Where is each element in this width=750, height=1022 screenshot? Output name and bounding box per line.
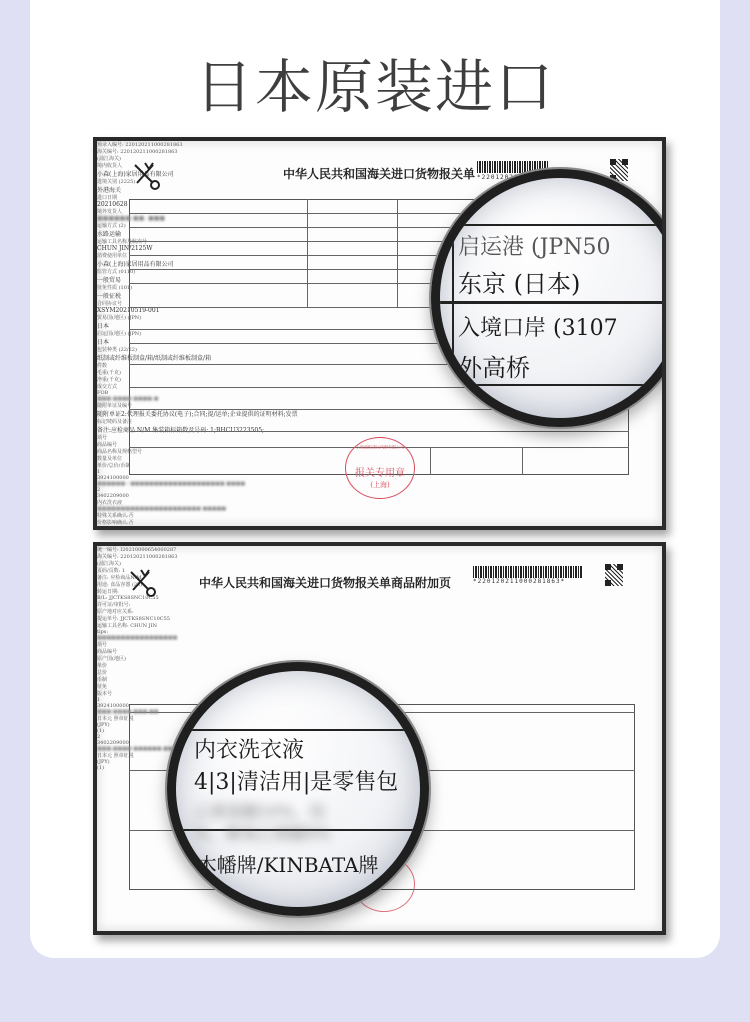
barcode: [473, 566, 583, 578]
col-item-no: 项号: [97, 641, 662, 648]
customs-declaration-supplement-image: 中华人民共和国海关进口货物报关单商品附加页 *22012021100028186…: [93, 542, 666, 935]
barcode-number: *220120211000281863*: [473, 578, 565, 585]
customs-number: 海关编号: 220120211000281863: [97, 148, 662, 155]
transport-name: 运输工具名称: CHUN JIN: [97, 622, 662, 629]
col-origin: 原产国(地区): [97, 655, 662, 662]
item-2-name: 内衣洗衣液: [97, 499, 662, 506]
document-title: 中华人民共和国海关进口货物报关单: [283, 165, 475, 182]
customs-declaration-image: 中华人民共和国海关进口货物报关单 *2201202110 预录入编号: 2201…: [93, 137, 666, 530]
license-number: 许可证/审批号:: [97, 601, 662, 608]
customs-emblem-icon: [127, 568, 161, 598]
qr-code: [605, 564, 623, 586]
price-influence-confirm: 价格影响确认:否: [97, 519, 662, 526]
magnified-product-name: 内衣洗衣液: [194, 733, 304, 764]
official-stamp: 上海骏悦货运代理有限公司 报关专用章 (上海): [345, 437, 415, 499]
royalty-confirm: 支付特许权使用费确认:否: [97, 526, 662, 530]
document-title: 中华人民共和国海关进口货物报关单商品附加页: [199, 574, 451, 591]
origin-relation: 原产地对应关系:: [97, 608, 662, 615]
tips-blurred: ■■■■■■■■■■■■■■■■■: [97, 635, 662, 641]
magnified-entry-port: 入境口岸 (3107: [458, 311, 618, 342]
pre-entry-number: 预录入编号: 220120211000281863: [97, 141, 662, 148]
unified-number: 统一编号: I20210000654000287: [97, 546, 662, 553]
magnified-blurred-ingredients-1: 乙烯基醚10%、烷: [194, 799, 326, 822]
bill-number: 提运单号: JJCTKS8SNC10C55: [97, 615, 662, 622]
magnified-product-spec: 4|3|清洁用|是零售包: [194, 765, 398, 796]
magnified-tokyo-japan: 东京 (日本): [458, 264, 580, 299]
magnified-port-of-departure: 启运港 (JPN50: [458, 230, 610, 261]
qr-code: [610, 159, 628, 181]
magnified-brand: |木幡牌/KINBATA牌: [190, 849, 379, 878]
special-relation-confirm: 特殊关系确认:否: [97, 512, 662, 519]
col-unit-price: 单价: [97, 662, 662, 669]
page-title: 日本原装进口: [0, 40, 750, 124]
col-code: 商品编号: [97, 648, 662, 655]
stamp-top-text: 上海骏悦货运代理有限公司: [353, 445, 407, 451]
magnified-blurred-ingredients-2: %、聚氧乙烯醚9%: [194, 821, 331, 844]
magnified-waigaoqiao: 外高桥: [458, 348, 530, 383]
customs-emblem-icon: [131, 161, 165, 191]
customs-number: 海关编号: 220120211000281863: [97, 553, 662, 560]
customs-port: (浦江海关): [97, 155, 662, 162]
stamp-middle-text: 报关专用章: [346, 464, 414, 479]
col-total-price: 总价: [97, 669, 662, 676]
magnifier-lens: 内衣洗衣液 4|3|清洁用|是零售包 乙烯基醚10%、烷 %、聚氧乙烯醚9% |…: [167, 662, 429, 916]
stamp-bottom-text: (上海): [346, 480, 414, 490]
item-2-blurred: ■■■■■■■■■■■■■■■■■■■■■■ ■■■■■: [97, 506, 662, 512]
col-currency: 币制: [97, 676, 662, 683]
